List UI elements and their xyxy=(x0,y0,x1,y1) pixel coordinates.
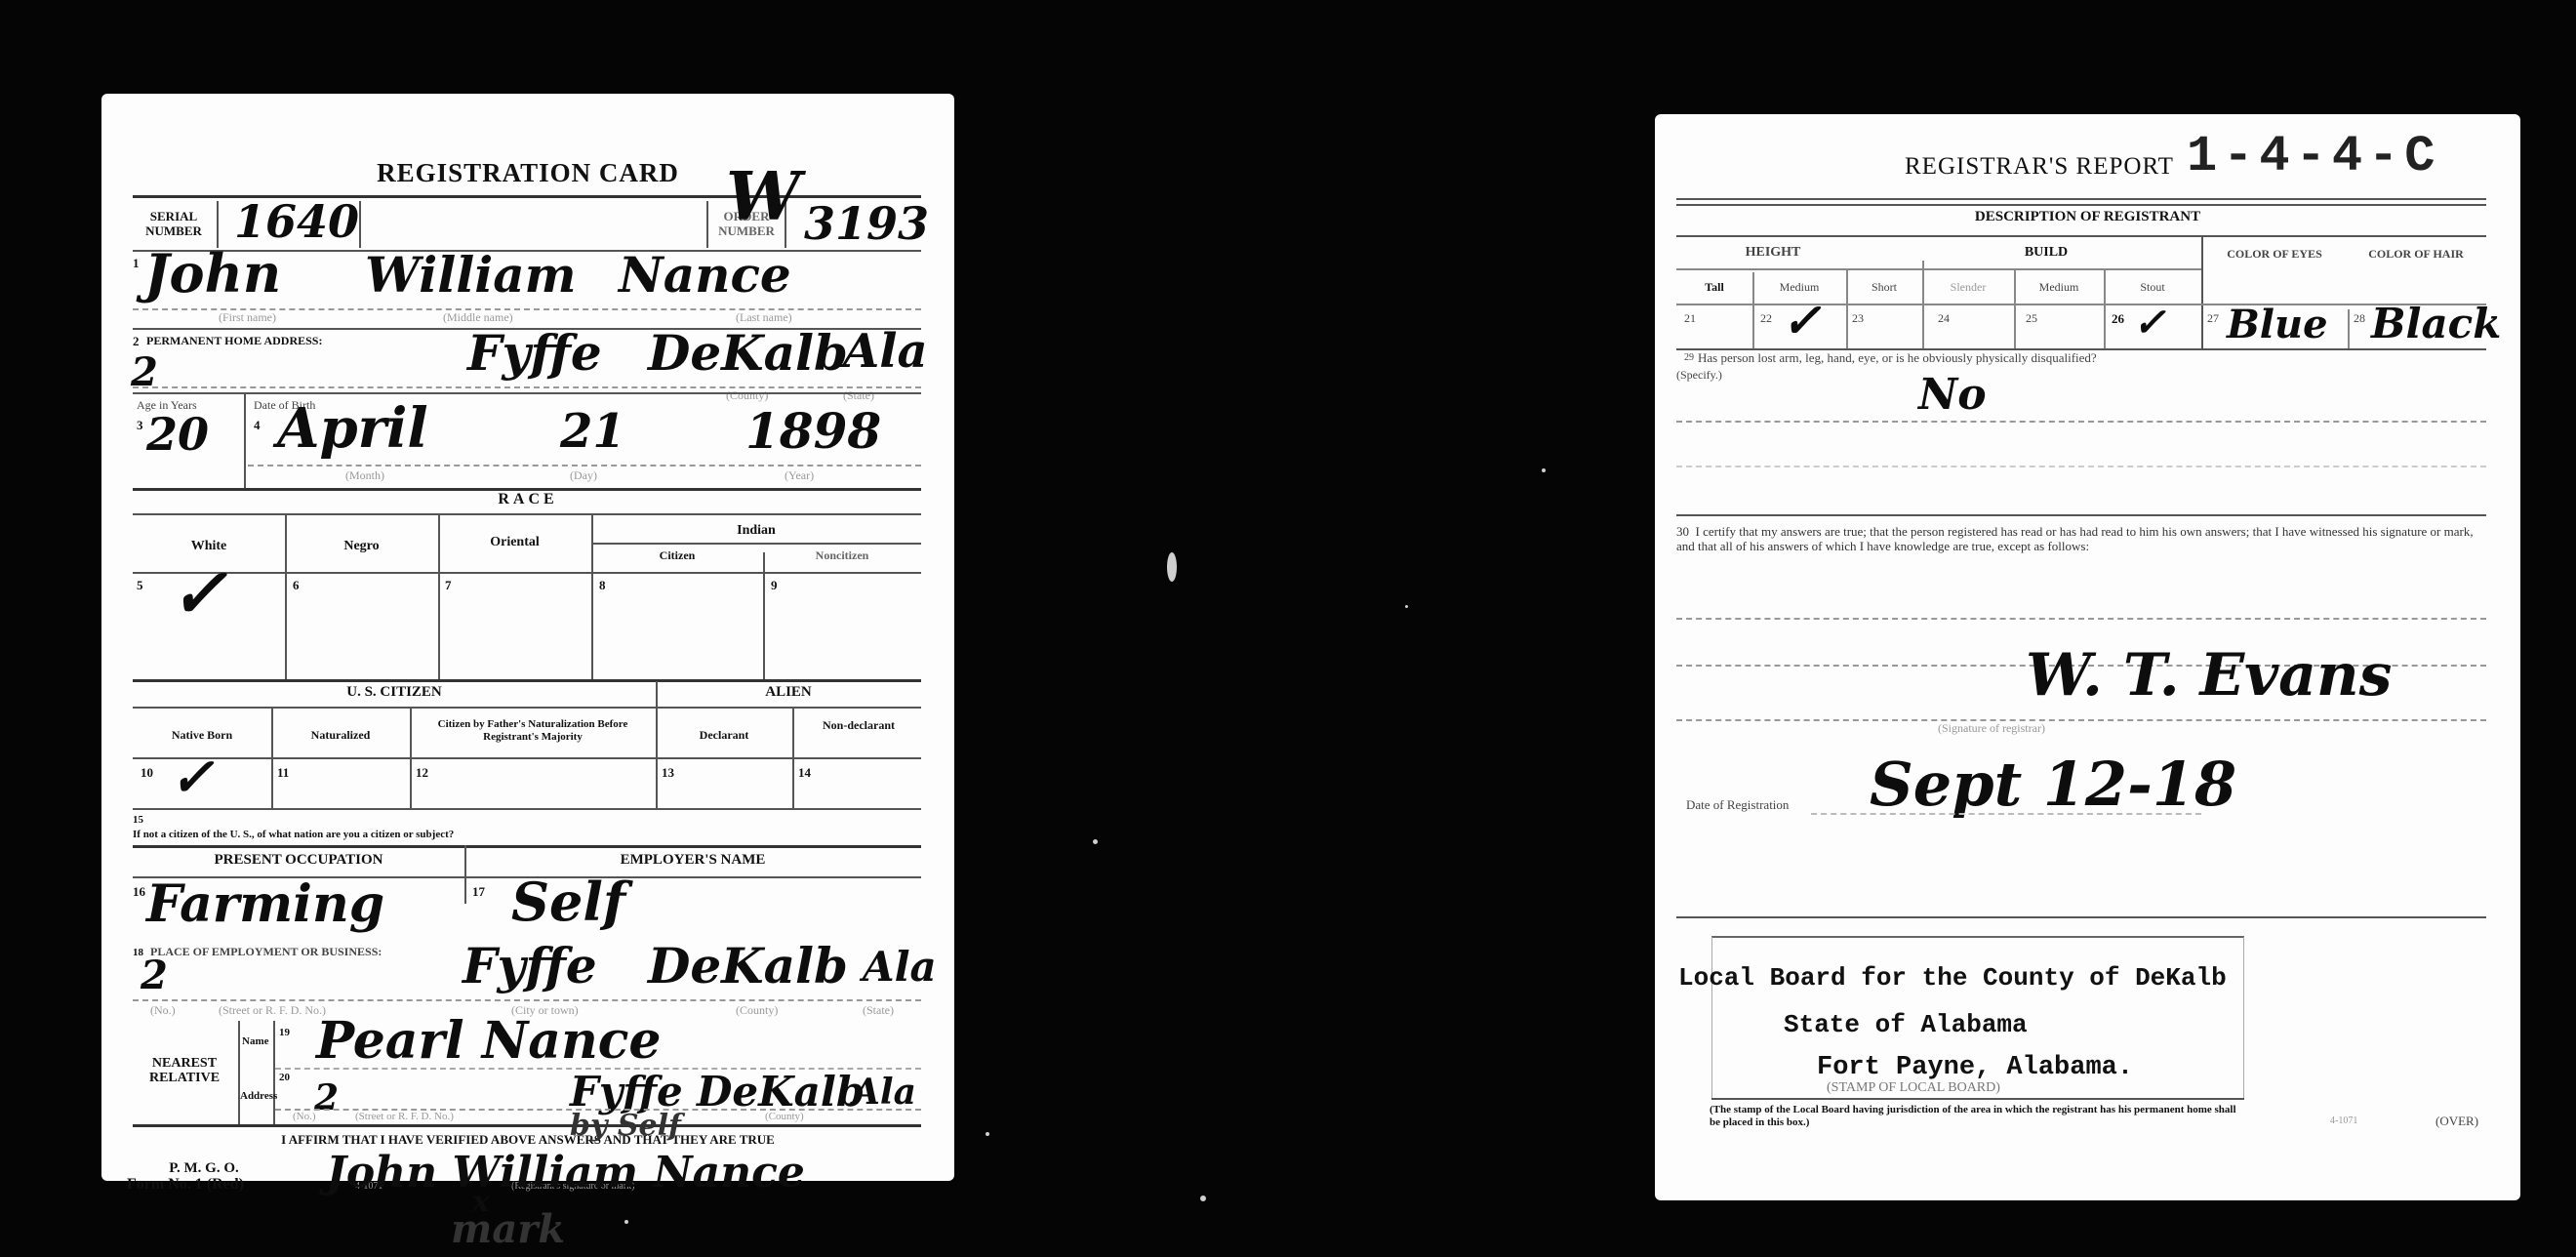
field-number: 16 xyxy=(133,884,145,900)
occupation-value: Farming xyxy=(146,874,384,934)
build-medium-label: Medium xyxy=(2014,280,2104,295)
dob-year: 1898 xyxy=(745,402,881,460)
field-number: 15 xyxy=(133,814,143,826)
county-label: (County) xyxy=(726,388,768,403)
race-oriental-label: Oriental xyxy=(438,535,591,549)
field-number: 14 xyxy=(798,765,811,781)
serial-number-value: 1640 xyxy=(234,195,359,248)
place-street-label: (Street or R. F. D. No.) xyxy=(219,1003,326,1018)
certify-statement: I certify that my answers are true; that… xyxy=(1676,524,2474,553)
state-label: (State) xyxy=(843,388,874,403)
field-number: 13 xyxy=(662,765,674,781)
place-of-employment-label: PLACE OF EMPLOYMENT OR BUSINESS: xyxy=(150,945,382,959)
field-number: 1 xyxy=(133,256,140,271)
last-name: Nance xyxy=(619,246,791,304)
occupation-heading: PRESENT OCCUPATION xyxy=(133,853,464,868)
place-no-label: (No.) xyxy=(150,1003,176,1018)
film-speck xyxy=(1093,839,1098,844)
relative-name-value: Pearl Nance xyxy=(316,1011,662,1071)
registration-card: REGISTRATION CARD SERIAL NUMBER 1640 ORD… xyxy=(101,94,954,1181)
order-number-value: 3193 xyxy=(804,197,929,250)
us-citizen-heading: U. S. CITIZEN xyxy=(133,685,656,700)
registrar-signature: W. T. Evans xyxy=(2026,641,2392,710)
field-number: 29 xyxy=(1684,352,1694,363)
field-number: 26 xyxy=(2112,311,2124,327)
field-number: 28 xyxy=(2354,311,2365,326)
place-county-label: (County) xyxy=(736,1003,778,1018)
affirm-text: I AFFIRM THAT I HAVE VERIFIED ABOVE ANSW… xyxy=(101,1132,954,1147)
field-number: 17 xyxy=(472,884,485,900)
eyes-heading: COLOR OF EYES xyxy=(2201,247,2348,262)
field-number: 24 xyxy=(1938,311,1950,326)
month-label: (Month) xyxy=(345,468,384,483)
address-county: DeKalb xyxy=(648,324,848,382)
race-indian-noncitizen-label: Noncitizen xyxy=(763,548,921,563)
field-number: 20 xyxy=(279,1072,290,1083)
stamp-box-label: (STAMP OF LOCAL BOARD) xyxy=(1827,1080,2000,1096)
address-state: Ala xyxy=(843,324,928,379)
naturalized-label: Naturalized xyxy=(271,728,410,743)
report-title: REGISTRAR'S REPORT xyxy=(1905,153,2174,181)
build-stout-checkmark: ✓ xyxy=(2133,300,2166,345)
build-slender-label: Slender xyxy=(1922,280,2014,295)
field-number: 11 xyxy=(277,765,289,781)
place-number: 2 xyxy=(141,953,168,998)
height-tall-label: Tall xyxy=(1676,280,1752,295)
day-label: (Day) xyxy=(570,468,597,483)
field-number: 12 xyxy=(416,765,428,781)
stamp-line-3: Fort Payne, Alabama. xyxy=(1817,1053,2133,1082)
registrar-signature-label: (Signature of registrar) xyxy=(1938,721,2045,736)
relative-name-label: Name xyxy=(242,1034,269,1049)
report-form-code: 4-1071 xyxy=(2330,1115,2357,1126)
description-heading: DESCRIPTION OF REGISTRANT xyxy=(1655,210,2520,224)
place-town: Fyffe xyxy=(463,937,597,994)
film-speck xyxy=(1200,1196,1206,1201)
field-number: 8 xyxy=(599,578,606,593)
nearest-relative-label: NEAREST RELATIVE xyxy=(133,1056,236,1085)
relative-address-label: Address xyxy=(240,1089,277,1104)
height-heading: HEIGHT xyxy=(1690,245,1856,260)
year-label: (Year) xyxy=(785,468,814,483)
first-name-label: (First name) xyxy=(219,310,276,325)
build-heading: BUILD xyxy=(1924,245,2168,260)
field-number: 5 xyxy=(137,578,143,593)
field-29-answer: No xyxy=(1918,370,1987,420)
certify-text: 30 I certify that my answers are true; t… xyxy=(1676,524,2486,553)
non-declarant-label: Non-declarant xyxy=(796,718,921,733)
race-white-checkmark: ✓ xyxy=(170,552,227,633)
film-speck xyxy=(624,1220,628,1224)
permanent-address-label: PERMANENT HOME ADDRESS: xyxy=(146,334,322,348)
field-number: 23 xyxy=(1852,311,1864,326)
place-county: DeKalb xyxy=(648,937,848,994)
dob-day: 21 xyxy=(560,404,625,459)
native-born-label: Native Born xyxy=(133,728,271,743)
declarant-label: Declarant xyxy=(656,728,792,743)
stamp-line-1: Local Board for the County of DeKalb xyxy=(1678,963,2227,993)
film-speck xyxy=(986,1132,989,1136)
card-title: REGISTRATION CARD xyxy=(101,158,954,188)
stamp-line-2: State of Alabama xyxy=(1784,1010,2028,1039)
relative-street-label: (Street or R. F. D. No.) xyxy=(355,1111,454,1122)
citizen-by-father-label: Citizen by Father's Naturalization Befor… xyxy=(416,718,650,744)
registrars-report-card: REGISTRAR'S REPORT 1-4-4-C DESCRIPTION O… xyxy=(1655,114,2520,1200)
field-number: 9 xyxy=(771,578,778,593)
date-of-registration-label: Date of Registration xyxy=(1686,797,1789,813)
place-state: Ala xyxy=(863,943,937,991)
field-29-question: Has person lost arm, leg, hand, eye, or … xyxy=(1698,350,2097,366)
film-speck xyxy=(1405,605,1408,608)
film-speck xyxy=(1167,552,1177,582)
field-number: 6 xyxy=(293,578,300,593)
relative-no-label: (No.) xyxy=(293,1111,316,1122)
build-stout-label: Stout xyxy=(2104,280,2201,295)
employer-value: Self xyxy=(511,871,625,933)
relative-address-number: 2 xyxy=(314,1077,339,1118)
field-number: 4 xyxy=(254,418,261,433)
native-born-checkmark: ✓ xyxy=(170,746,214,808)
registrant-signature: John William Nance xyxy=(326,1148,805,1197)
height-medium-checkmark: ✓ xyxy=(1782,294,1821,348)
field-number: 2 xyxy=(133,334,140,349)
race-indian-citizen-label: Citizen xyxy=(591,548,763,563)
race-negro-label: Negro xyxy=(285,539,438,553)
relative-address-state: Ala xyxy=(853,1072,916,1113)
field-number: 30 xyxy=(1676,524,1689,539)
race-heading: RACE xyxy=(101,492,954,507)
height-short-label: Short xyxy=(1846,280,1922,295)
field-number: 22 xyxy=(1760,311,1772,326)
field-29-specify: (Specify.) xyxy=(1676,368,1722,383)
relative-county-label: (County) xyxy=(765,1111,804,1122)
race-white-label: White xyxy=(133,539,285,553)
witness-initials: by Self xyxy=(570,1109,681,1143)
signature-mark-word: mark xyxy=(451,1206,565,1252)
field-number: 10 xyxy=(141,765,153,781)
over-label: (OVER) xyxy=(2435,1114,2478,1129)
field-number: 19 xyxy=(279,1027,290,1038)
citizen-nation-question: If not a citizen of the U. S., of what n… xyxy=(133,828,454,842)
serial-number-label: SERIAL NUMBER xyxy=(133,209,215,238)
hair-heading: COLOR OF HAIR xyxy=(2348,247,2484,262)
employer-heading: EMPLOYER'S NAME xyxy=(464,853,921,868)
field-number: 27 xyxy=(2207,311,2219,326)
middle-name-label: (Middle name) xyxy=(443,310,513,325)
classification-stamp: 1-4-4-C xyxy=(2187,128,2440,185)
race-indian-label: Indian xyxy=(591,523,921,538)
address-town: Fyffe xyxy=(467,324,602,382)
film-speck xyxy=(1542,468,1546,472)
date-of-registration-value: Sept 12-18 xyxy=(1870,749,2236,820)
hair-color-value: Black xyxy=(2371,300,2501,347)
eye-color-value: Blue xyxy=(2227,302,2328,347)
alien-heading: ALIEN xyxy=(656,685,921,700)
stamp-note: (The stamp of the Local Board having jur… xyxy=(1710,1104,2242,1129)
field-number: 3 xyxy=(137,418,143,433)
height-medium-label: Medium xyxy=(1752,280,1846,295)
order-number-prefix: W xyxy=(726,158,800,236)
dob-month: April xyxy=(277,396,428,461)
middle-name: William xyxy=(365,246,577,304)
form-id-line1: P. M. G. O. xyxy=(131,1161,277,1176)
field-number: 21 xyxy=(1684,311,1696,326)
field-number: 7 xyxy=(445,578,452,593)
age-value: 20 xyxy=(146,408,209,461)
form-id-line2: Form No. 1 (Red) xyxy=(127,1177,244,1192)
field-number: 25 xyxy=(2026,311,2037,326)
last-name-label: (Last name) xyxy=(736,310,792,325)
place-state-label: (State) xyxy=(863,1003,894,1018)
first-name: John xyxy=(144,242,281,304)
